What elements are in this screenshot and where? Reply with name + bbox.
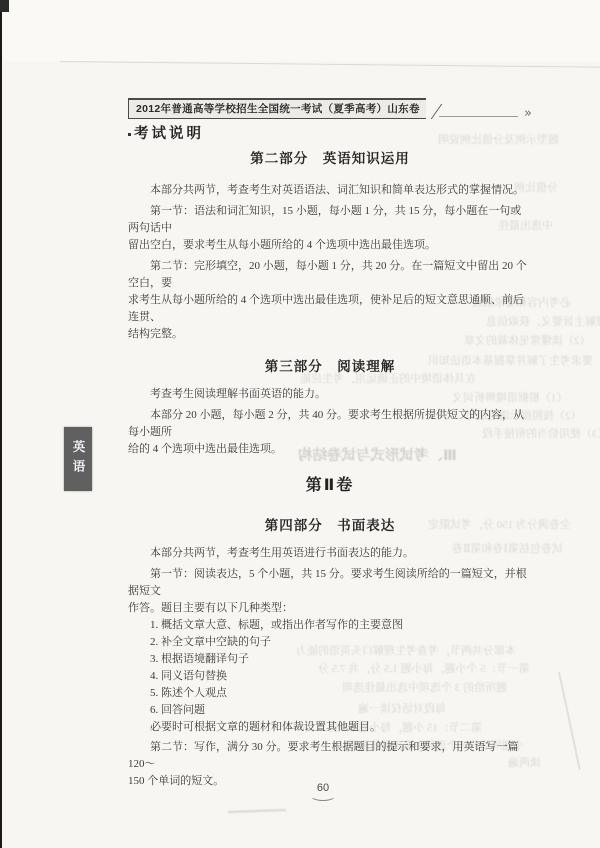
- paragraph-part2-intro: 本部分共两节，考查考生对英语语法、词汇知识和简单表达形式的掌握情况。: [128, 182, 532, 199]
- section-heading-part2: 第二部分 英语知识运用: [128, 150, 532, 167]
- header-rule: [439, 116, 518, 117]
- scan-smudge: [228, 809, 286, 813]
- doc-title: 考试说明: [128, 122, 532, 143]
- series-title: 2012年普通高等学校招生全国统一考试（夏季高考）山东卷: [136, 103, 420, 115]
- list-item: 2. 补全文章中空缺的句子: [150, 634, 532, 651]
- content-column: 第二部分 英语知识运用 本部分共两节，考查考生对英语语法、词汇知识和简单表达形式…: [128, 142, 532, 790]
- list-item: 1. 概括文章大意、标题，或指出作者写作的主要意图: [150, 617, 532, 634]
- volume-heading: 第Ⅱ卷: [128, 476, 532, 496]
- doc-title-text: 考试说明: [134, 126, 204, 142]
- paragraph-part4-intro: 本部分共两节，考查考生用英语进行书面表达的能力。: [128, 545, 532, 562]
- paragraph-part3-intro: 考查考生阅读理解书面英语的能力。: [128, 386, 532, 403]
- series-title-box: 2012年普通高等学校招生全国统一考试（夏季高考）山东卷: [128, 98, 426, 119]
- double-chevron-right-icon: »: [524, 106, 532, 121]
- list-item: 6. 回答问题: [150, 702, 532, 719]
- subject-side-tab-label: 英语: [69, 440, 87, 479]
- paragraph-part2-section2: 第二节：完形填空，20 小题，每小题 1 分，共 20 分。在一篇短文中留出 2…: [128, 258, 532, 343]
- page-header: 2012年普通高等学校招生全国统一考试（夏季高考）山东卷 » 考试说明: [128, 98, 532, 143]
- scan-edge-left: [0, 0, 2, 848]
- section-heading-part4: 第四部分 书面表达: [128, 517, 532, 534]
- list-item: 5. 陈述个人观点: [150, 685, 532, 702]
- paragraph-part3-detail: 本部分 20 小题，每小题 2 分，共 40 分。要求考生根据所提供短文的内容，…: [128, 407, 532, 458]
- paragraph-part2-section1: 第一节：语法和词汇知识，15 小题，每小题 1 分，共 15 分，每小题在一句或…: [128, 203, 532, 254]
- scan-page-edge-bottom-right: [558, 672, 580, 770]
- scan-corner-mark: [0, 0, 9, 12]
- list-item: 4. 同义语句替换: [150, 668, 532, 685]
- paragraph-part4-section1: 第一节：阅读表达，5 个小题，共 15 分。要求考生阅读所给的一篇短文，并根据短…: [128, 566, 532, 617]
- section-heading-part3: 第三部分 阅读理解: [128, 358, 532, 375]
- bullet-dot-icon: [128, 133, 131, 136]
- paragraph-part4-note: 必要时可根据文章的题材和体裁设置其他题目。: [128, 719, 532, 736]
- page-number: 60: [310, 782, 336, 801]
- subject-side-tab: 英语: [64, 427, 92, 491]
- scan-top-band: [2, 0, 600, 61]
- scan-page-edge-top: [60, 61, 600, 68]
- list-item: 3. 根据语境翻译句子: [150, 651, 532, 668]
